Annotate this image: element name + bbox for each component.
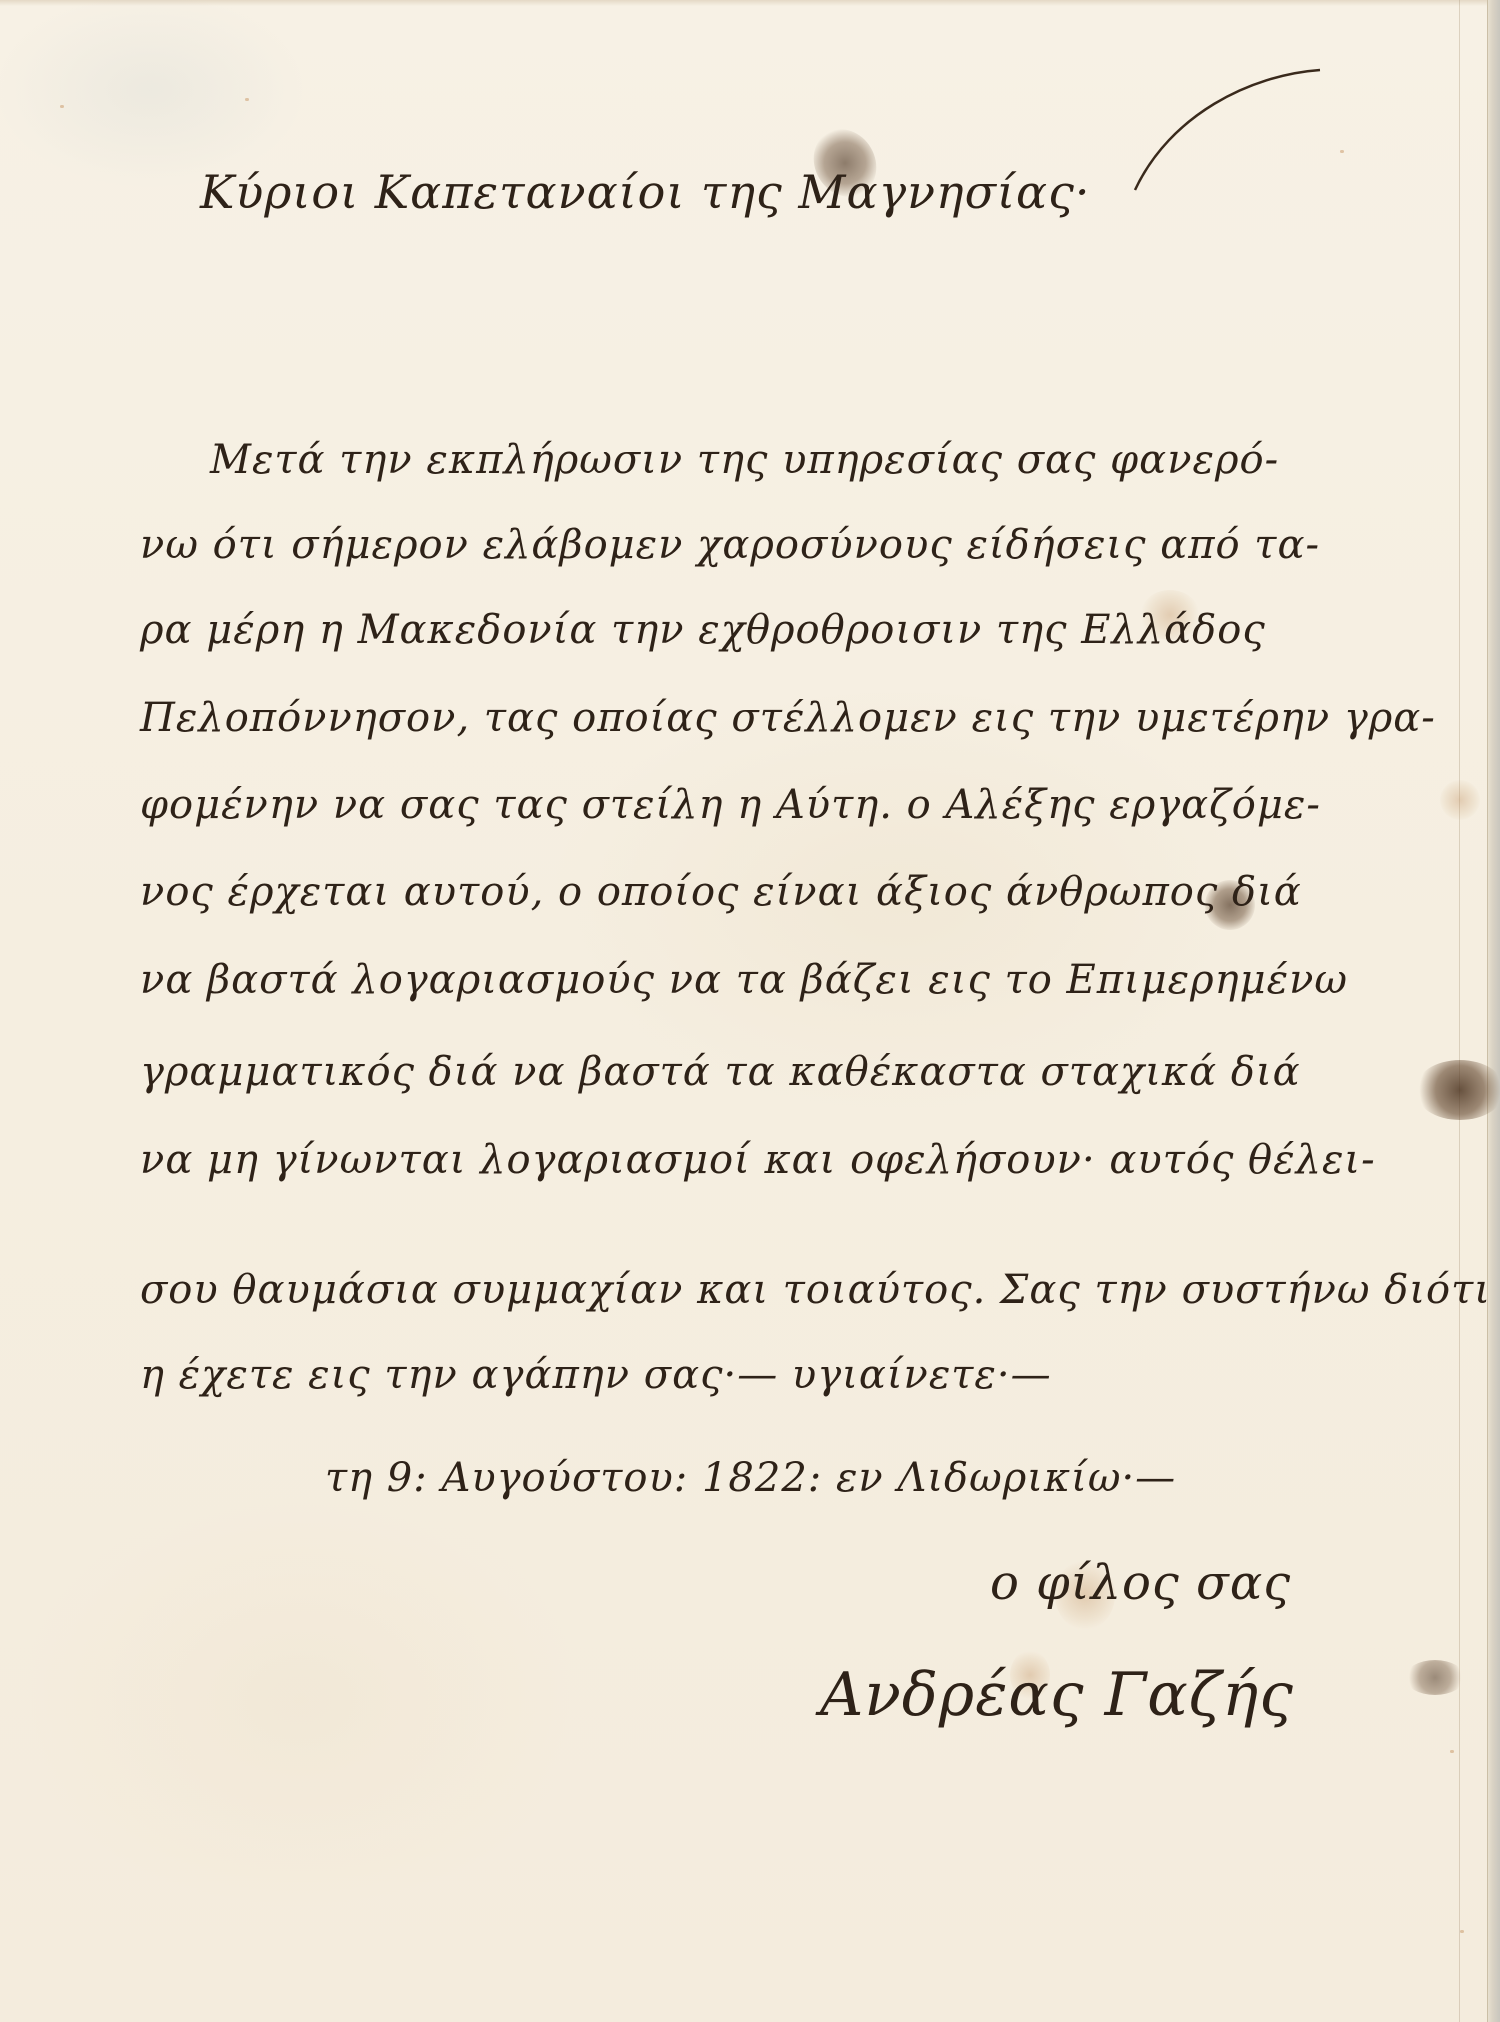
letter-salutation: Κύριοι Καπεταναίοι της Μαγνησίας· xyxy=(200,165,1091,219)
letter-valediction: ο φίλος σας xyxy=(990,1555,1291,1611)
pen-flourish-icon xyxy=(1130,55,1330,195)
body-line: γραμματικός διά να βαστά τα καθέκαστα στ… xyxy=(140,1052,1301,1092)
ink-speckles xyxy=(1405,1660,1465,1695)
body-line: Μετά την εκπλήρωσιν της υπηρεσίας σας φα… xyxy=(210,440,1279,480)
foxing-stain xyxy=(1440,780,1480,820)
body-line: ρα μέρη η Μακεδονία την εχθροθροισιν της… xyxy=(140,610,1266,650)
body-line: Πελοπόννησον, τας οποίας στέλλομεν εις τ… xyxy=(140,698,1436,738)
body-line: νος έρχεται αυτού, ο οποίος είναι άξιος … xyxy=(140,872,1302,912)
body-line: η έχετε εις την αγάπην σας·— υγιαίνετε·— xyxy=(140,1355,1052,1395)
paper-speckle xyxy=(60,105,64,108)
paper-speckle xyxy=(1450,1750,1454,1753)
paper-top-edge xyxy=(0,0,1500,6)
paper-fold-line xyxy=(1459,0,1460,2022)
paper-speckle xyxy=(245,98,249,101)
ink-blot xyxy=(1415,1060,1500,1120)
letter-signature: Ανδρέας Γαζής xyxy=(820,1660,1294,1730)
manuscript-page: Κύριοι Καπεταναίοι της Μαγνησίας· Μετά τ… xyxy=(0,0,1500,2022)
body-line: να μη γίνωνται λογαριασμοί και οφελήσουν… xyxy=(140,1140,1376,1180)
body-line: φομένην να σας τας στείλη η Αύτη. ο Αλέξ… xyxy=(140,785,1321,825)
paper-right-edge xyxy=(1487,0,1500,2022)
body-line: να βαστά λογαριασμούς να τα βάζει εις το… xyxy=(140,960,1348,1000)
body-line: νω ότι σήμερον ελάβομεν χαροσύνους είδήσ… xyxy=(140,525,1320,565)
paper-speckle xyxy=(1340,150,1344,153)
paper-speckle xyxy=(1460,1930,1464,1933)
letter-date-place: τη 9: Αυγούστου: 1822: εν Λιδωρικίω·— xyxy=(325,1455,1176,1501)
body-line: σου θαυμάσια συμμαχίαν και τοιαύτος. Σας… xyxy=(140,1270,1491,1310)
